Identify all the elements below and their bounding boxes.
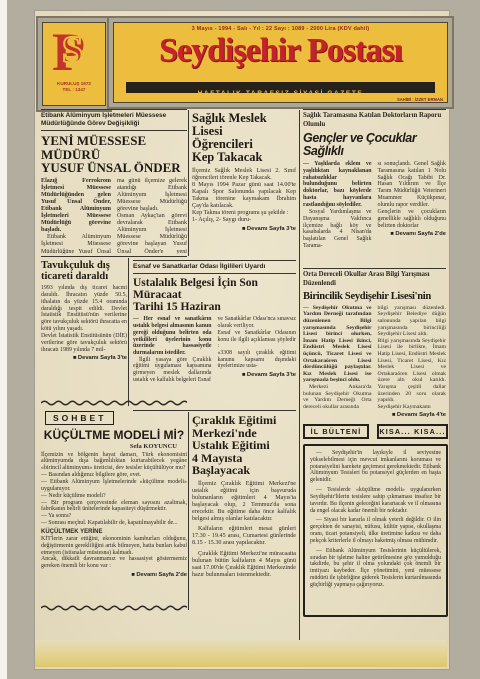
article-text: KİT'lerin zarar ettiğini, ekonominin kam… (41, 536, 187, 570)
continuation-marker: ■ Devamı Sayfa 2'de (41, 572, 187, 578)
owner-credit: SAHİBİ : İZZET ERMAN (397, 97, 443, 102)
article-headline: Sağlık Meslek Lisesi Öğrencileri Kep Tak… (192, 112, 296, 165)
article-birincilik: Orta Dereceli Okullar Arası Bilgi Yarışm… (303, 271, 446, 421)
article-ustalik: Esnaf ve Sanatkarlar Odası İlgilileri Uy… (133, 260, 296, 408)
divider (303, 268, 446, 269)
masthead: 3 Mayıs - 1994 - Salı - Yıl : 22 Sayı : … (113, 22, 448, 103)
continuation-marker: ■ Devamı Sayfa 2'de (378, 231, 447, 238)
article-headline: Tavukçuluk dış ticareti daraldı (41, 260, 127, 282)
bulletin-item: — Siyasi bir kararla il olmak yeterli de… (310, 517, 441, 544)
il-bulteni-box: — Seydişehir'in layıkıyle il seviyesine … (303, 444, 448, 617)
scan-edge (0, 0, 7, 679)
article-subhead: KÜÇÜLTMEK YERİNE (41, 529, 187, 535)
continuation-marker: ■ Devamı Sayfa 3'te (192, 226, 296, 232)
newspaper-title: Seydişehir Postası (114, 34, 447, 68)
wavy-divider (41, 604, 187, 612)
column-rule (188, 412, 189, 610)
article-gencler: Sağlık Taramasına Katılan Doktorların Ra… (303, 112, 446, 266)
bulletin-item: — Tesislerde «küçültme modeli» uygulanır… (310, 487, 441, 514)
article-headline: Çıraklık Eğitimi Merkezi'nde Ustalık Eği… (192, 414, 296, 477)
byline: Sefa KOYUNCU (41, 443, 177, 450)
column-label: SOHBET (45, 411, 114, 425)
article-sohbet: SOHBET KÜÇÜLTME MODELİ Mİ? Sefa KOYUNCU … (41, 408, 187, 604)
article-text: Kalfaların eğitimleri mesai günleri 17.3… (192, 526, 296, 547)
svg-text:S: S (62, 29, 83, 71)
article-kicker: Etibank Alüminyum İşletmeleri Müessese M… (41, 112, 187, 131)
article-headline: Ustalalık Belgesi İçin Son Müracaat Tari… (133, 277, 296, 313)
article-lead: — Yaşlılarda eklem ve yaşlılıktan kaynak… (303, 161, 372, 209)
divider (303, 109, 446, 110)
article-kicker: Orta Dereceli Okullar Arası Bilgi Yarışm… (303, 271, 446, 289)
logo-tel-text: TEL : 1347 (43, 87, 105, 93)
article-text: 1993 yılında dış ticaret hacmi daraldı. … (41, 285, 127, 353)
article-text: sı sonuçlandı. Genel Sağlık Taramasına k… (378, 161, 447, 229)
article-tavukculuk: Tavukçuluk dış ticareti daraldı 1993 yıl… (41, 260, 127, 398)
article-text: İlçemiz Çıraklık Eğitimi Merkezi'ne usta… (192, 481, 296, 523)
newspaper-scan: { "masthead": { "logo_founded": "KURULUŞ… (0, 0, 480, 679)
article-headline: Gençler ve Çocuklar Sağlıklı (303, 132, 446, 158)
section-label-il-bulteni: İL BÜLTENİ (303, 424, 369, 439)
masthead-subtitle: HAFTALIK TARAFSIZ SİYASİ GAZETE (198, 90, 364, 97)
article-headline: KÜÇÜLTME MODELİ Mİ? (41, 429, 187, 442)
article-text: Sosyal Yardımlaşma ve Dayanışma Vakfınca… (303, 209, 372, 250)
article-text: Merkezi Ankara'da bulunan Seydişehir Oku… (303, 384, 372, 410)
continuation-marker: ■ Devamı Sayfa 3'te (218, 372, 297, 379)
article-kep: Sağlık Meslek Lisesi Öğrencileri Kep Tak… (192, 112, 296, 258)
column-rule (299, 110, 300, 650)
article-ciraklik: Çıraklık Eğitimi Merkezi'nde Ustalık Eği… (192, 414, 296, 652)
scan-edge (35, 640, 447, 667)
article-text: Çıraklık Eğitimi Merkezi'ne müracaatta b… (192, 551, 296, 579)
bulletin-item: — Etibank Alüminyum Tesislerinin küçültü… (310, 548, 441, 589)
divider (41, 256, 187, 257)
article-lead: — Her esnaf ve sanatkârın ustalık belges… (133, 316, 212, 356)
article-text: bilgi yarışması düzenledi. Seydişehir Be… (378, 305, 447, 411)
article-yeni-mudur: Etibank Alüminyum İşletmeleri Müessese M… (41, 112, 187, 254)
article-text: İlçemiz Sağlık Meslek Lisesi 2. Sınıf öğ… (192, 168, 296, 225)
article-text: Etibank Alüminyum İşletmesi Müessese Müd… (41, 234, 111, 254)
article-text: İlçemizin ve bölgenin hayat damarı, Türk… (41, 452, 187, 527)
article-lead: — Seydişehir Okutma ve Yardım Derneği ta… (303, 305, 372, 384)
article-headline: Birincilik Seydişehir Lisesi'nin (303, 291, 446, 302)
wavy-divider (41, 399, 187, 407)
continuation-marker: ■ Devamı Sayfa 4'te (378, 412, 447, 419)
article-text: İlgili yasaya göre Çıraklık eğitimi uygu… (133, 357, 212, 384)
article-kicker: Esnaf ve Sanatkarlar Odası İlgilileri Uy… (133, 260, 296, 274)
column-rule (128, 258, 129, 406)
continuation-marker: ■ Devamı Sayfa 3'te (41, 355, 127, 361)
column-rule (188, 110, 189, 256)
article-text: ve Sanatkârlar Odası'nca sınavsız olarak… (218, 316, 297, 370)
article-lead: Elazığ Ferrokrom İşletmesi Müessese Müdü… (41, 178, 111, 235)
bulletin-item: — Seydişehir'in layıkıyle il seviyesine … (310, 450, 441, 484)
section-label-kisa-kisa: KISA... KISA... (377, 424, 448, 439)
divider (41, 109, 187, 110)
sp-monogram-icon: P S (51, 26, 97, 76)
masthead-banner: HAFTALIK TARAFSIZ SİYASİ GAZETE (126, 82, 435, 93)
article-kicker: Sağlık Taramasına Katılan Doktorların Ra… (303, 112, 446, 130)
article-text: ma günü ilçemize gelerek atandığı Etiban… (117, 178, 187, 254)
article-headline: YENİ MÜESSESE MÜDÜRÜ YUSUF ÜNSAL ÖNDER (41, 134, 187, 175)
newspaper-logo: P S KURULUŞ 1972 TEL : 1347 (42, 22, 106, 106)
